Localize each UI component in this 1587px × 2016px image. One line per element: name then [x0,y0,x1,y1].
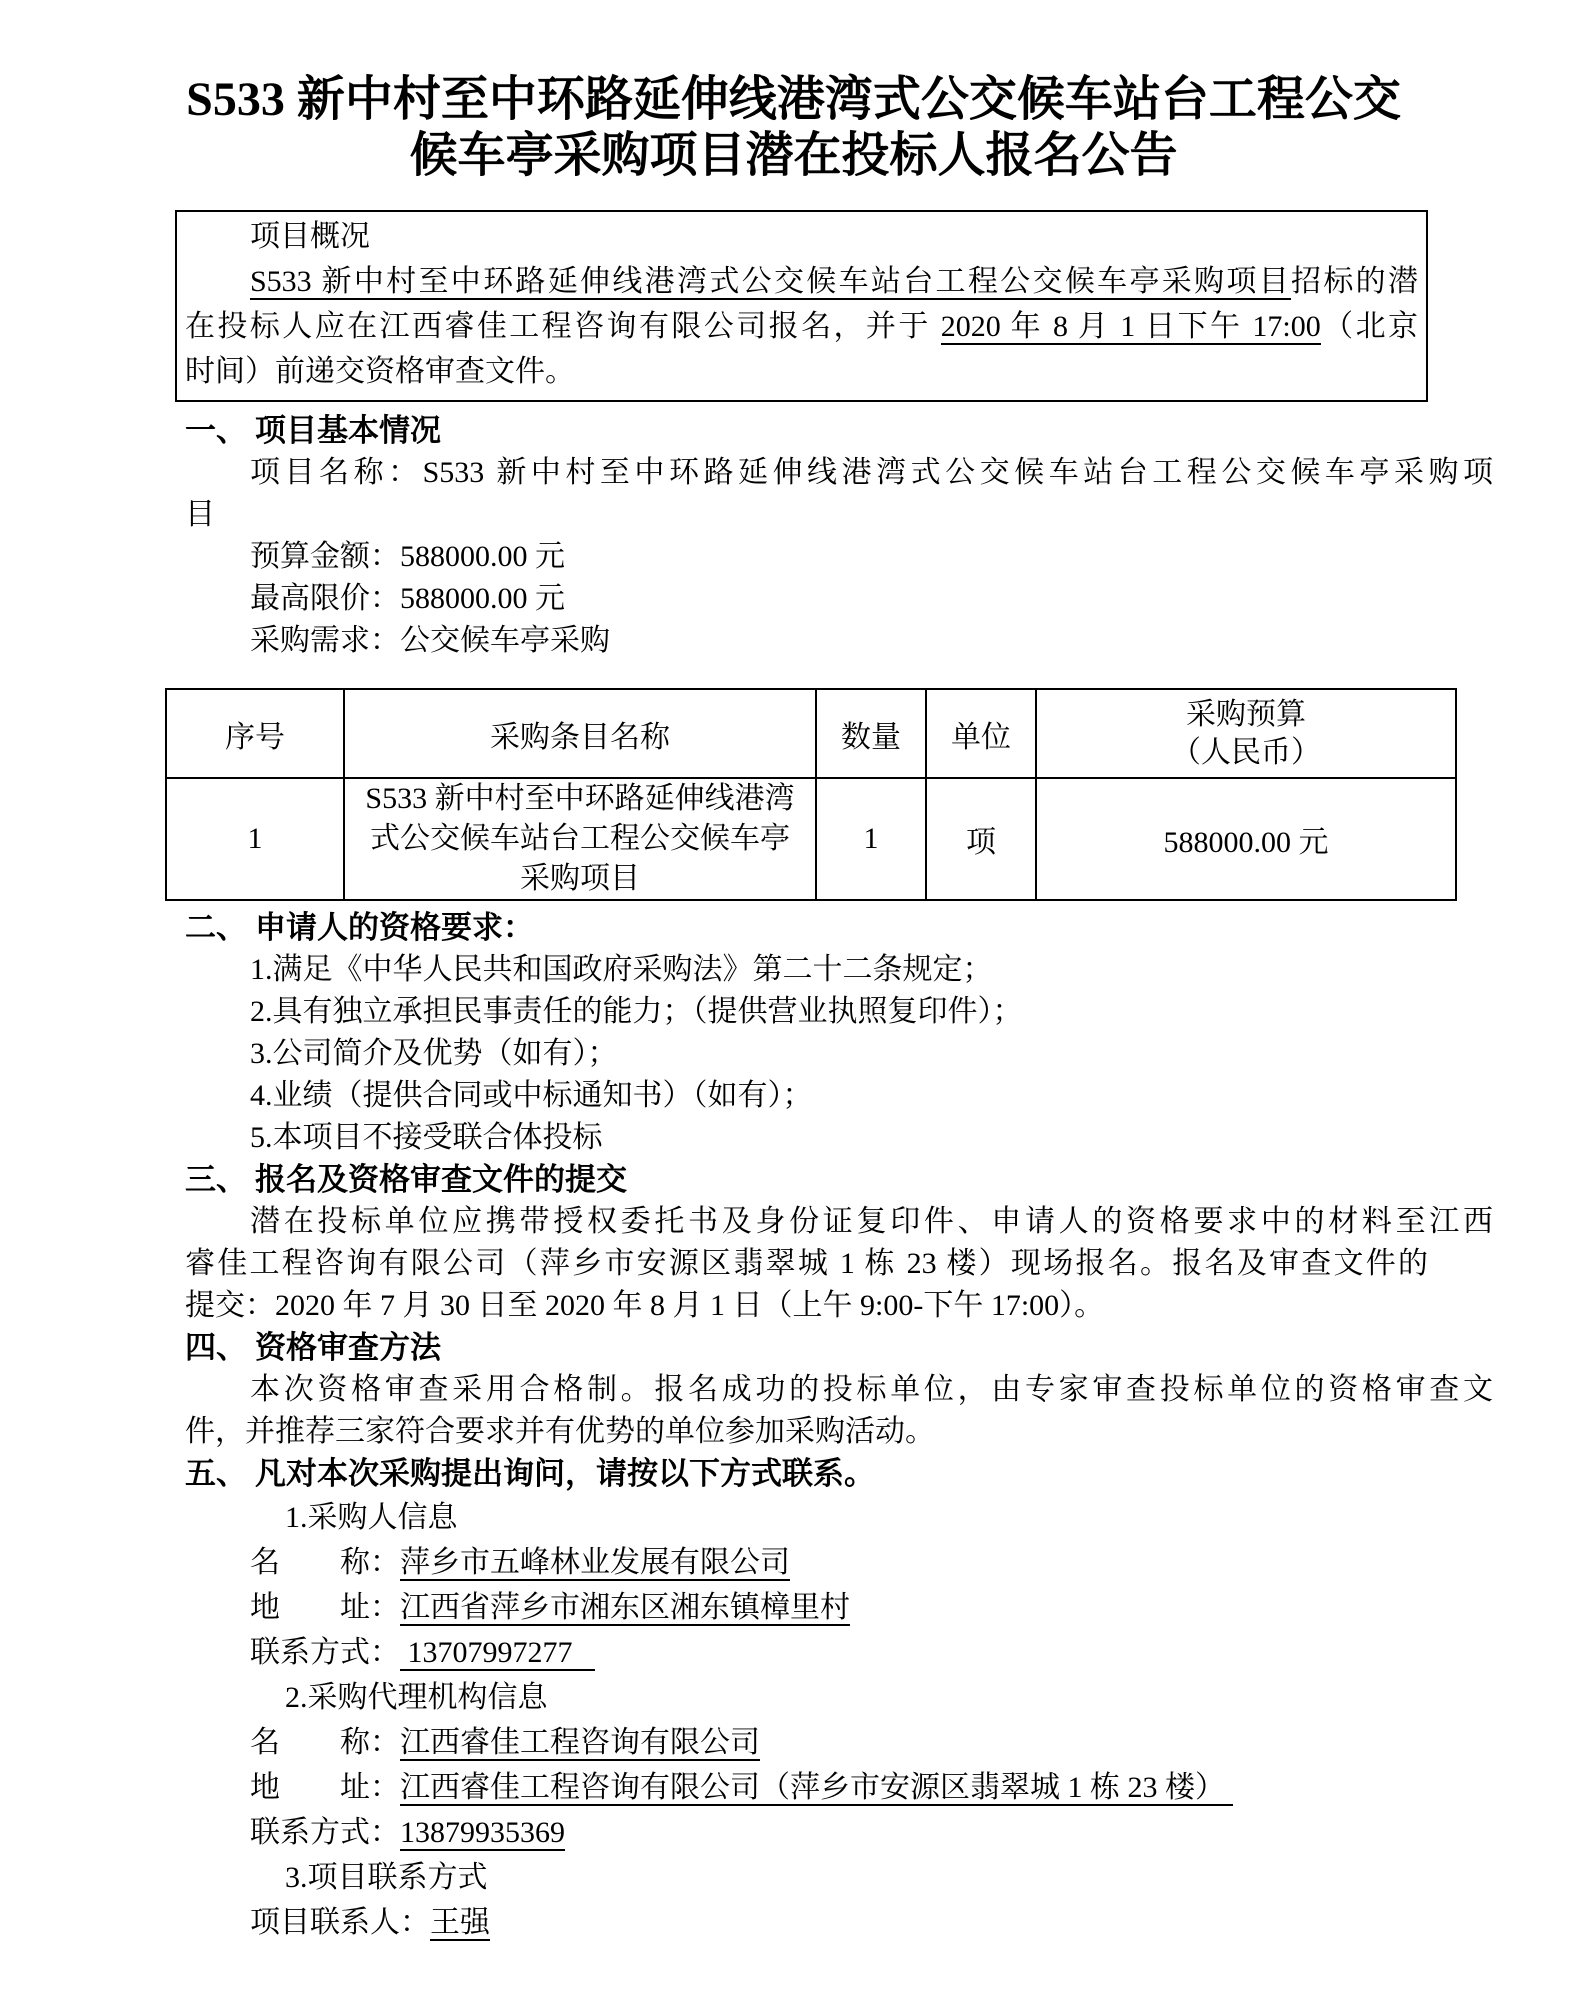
agent-phone-label: 联系方式： [250,1816,400,1849]
overview-line-deadline: 在投标人应在江西睿佳工程咨询有限公司报名，并于 2020 年 8 月 1 日下午… [185,304,1418,349]
section2-title: 申请人的资格要求： [255,910,534,945]
overview-deadline-underlined: 2020 年 8 月 1 日下午 17:00 [941,310,1321,345]
qualification-item: 2.具有独立承担民事责任的能力；（提供营业执照复印件）； [185,991,1493,1033]
buyer-phone-value: 13707997277 [400,1636,595,1671]
cell-budget: 588000.00 元 [1036,778,1456,900]
qualification-item: 1.满足《中华人民共和国政府采购法》第二十二条规定； [185,949,1493,991]
document-page: S533 新中村至中环路延伸线港湾式公交候车站台工程公交 候车亭采购项目潜在投标… [0,72,1587,1945]
section5-heading: 五、凡对本次采购提出询问，请按以下方式联系。 [185,1453,1455,1495]
overview-heading: 项目概况 [185,214,1418,259]
col-header-budget-line1: 采购预算 [1051,696,1441,734]
buyer-address-value: 江西省萍乡市湘东区湘东镇樟里村 [400,1591,850,1626]
section4-heading: 四、资格审查方法 [185,1327,1455,1369]
project-contact-name: 王强 [430,1906,490,1941]
section2-heading: 二、申请人的资格要求： [185,907,1455,949]
agent-phone-row: 联系方式：13879935369 [250,1810,1455,1855]
document-body: 项目概况 S533 新中村至中环路延伸线港湾式公交候车站台工程公交候车亭采购项目… [165,210,1455,1945]
max-price: 最高限价：588000.00 元 [185,578,1493,620]
table-row: 1 S533 新中村至中环路延伸线港湾式公交候车站台工程公交候车亭采购项目 1 … [166,778,1456,900]
procurement-demand: 采购需求：公交候车亭采购 [185,620,1493,662]
col-header-budget-line2: （人民币） [1051,734,1441,772]
col-header-qty: 数量 [816,689,926,778]
buyer-address-label: 地 址： [250,1591,400,1624]
buyer-name-value: 萍乡市五峰林业发展有限公司 [400,1546,790,1581]
overview-line-project: S533 新中村至中环路延伸线港湾式公交候车站台工程公交候车亭采购项目招标的潜 [185,259,1418,304]
agent-info-subtitle: 2.采购代理机构信息 [285,1675,1455,1720]
document-title: S533 新中村至中环路延伸线港湾式公交候车站台工程公交 候车亭采购项目潜在投标… [0,72,1587,184]
cell-no: 1 [166,778,344,900]
col-header-unit: 单位 [926,689,1036,778]
overview-deadline-post: （北京 [1321,310,1418,343]
overview-project-name-underlined: S533 新中村至中环路延伸线港湾式公交候车站台工程公交候车亭采购项目 [250,265,1291,300]
overview-line-end: 时间）前递交资格审查文件。 [185,349,1418,394]
qualification-item: 3.公司简介及优势（如有）； [185,1033,1493,1075]
section1-title: 项目基本情况 [255,413,441,448]
overview-line-project-rest: 招标的潜 [1291,265,1418,298]
cell-unit: 项 [926,778,1036,900]
section5-number: 五、 [185,1456,247,1491]
buyer-name-label: 名 称： [250,1546,400,1579]
buyer-phone-label: 联系方式： [250,1636,400,1669]
project-name-line1: 项目名称：S533 新中村至中环路延伸线港湾式公交候车站台工程公交候车亭采购项 [185,452,1493,494]
agent-name-label: 名 称： [250,1726,400,1759]
section5-title: 凡对本次采购提出询问，请按以下方式联系。 [255,1456,875,1491]
project-overview-box: 项目概况 S533 新中村至中环路延伸线港湾式公交候车站台工程公交候车亭采购项目… [175,210,1428,402]
buyer-phone-row: 联系方式： 13707997277 [250,1630,1455,1675]
section4-number: 四、 [185,1330,247,1365]
col-header-name: 采购条目名称 [344,689,816,778]
buyer-address-row: 地 址：江西省萍乡市湘东区湘东镇樟里村 [250,1585,1455,1630]
budget-amount: 预算金额：588000.00 元 [185,536,1493,578]
agent-phone-value: 13879935369 [400,1816,565,1851]
cell-item-name: S533 新中村至中环路延伸线港湾式公交候车站台工程公交候车亭采购项目 [344,778,816,900]
table-header-row: 序号 采购条目名称 数量 单位 采购预算（人民币） [166,689,1456,778]
section4-title: 资格审查方法 [255,1330,441,1365]
project-contact-row: 项目联系人：王强 [250,1900,1455,1945]
col-header-no: 序号 [166,689,344,778]
project-contact-subtitle: 3.项目联系方式 [285,1855,1455,1900]
review-method-line2: 件，并推荐三家符合要求并有优势的单位参加采购活动。 [185,1411,1428,1453]
procurement-items-table: 序号 采购条目名称 数量 单位 采购预算（人民币） 1 S533 新中村至中环路… [165,688,1457,901]
document-title-line2: 候车亭采购项目潜在投标人报名公告 [0,128,1587,184]
cell-qty: 1 [816,778,926,900]
qualification-item: 5.本项目不接受联合体投标 [185,1117,1493,1159]
section1-number: 一、 [185,413,247,448]
buyer-info-subtitle: 1.采购人信息 [285,1495,1455,1540]
project-name-line2: 目 [185,494,1428,536]
submission-line3: 提交：2020 年 7 月 30 日至 2020 年 8 月 1 日（上午 9:… [185,1285,1428,1327]
qualification-item: 4.业绩（提供合同或中标通知书）（如有）； [185,1075,1493,1117]
agent-name-row: 名 称：江西睿佳工程咨询有限公司 [250,1720,1455,1765]
review-method-line1: 本次资格审查采用合格制。报名成功的投标单位，由专家审查投标单位的资格审查文 [185,1369,1493,1411]
overview-deadline-pre: 在投标人应在江西睿佳工程咨询有限公司报名，并于 [185,310,941,343]
section3-heading: 三、报名及资格审查文件的提交 [185,1159,1455,1201]
agent-name-value: 江西睿佳工程咨询有限公司 [400,1726,760,1761]
section2-number: 二、 [185,910,247,945]
section1-heading: 一、项目基本情况 [185,410,1455,452]
agent-address-label: 地 址： [250,1771,400,1804]
section3-number: 三、 [185,1162,247,1197]
agent-address-value: 江西睿佳工程咨询有限公司（萍乡市安源区翡翠城 1 栋 23 楼） [400,1771,1233,1806]
section3-title: 报名及资格审查文件的提交 [255,1162,627,1197]
col-header-budget: 采购预算（人民币） [1036,689,1456,778]
submission-line2: 睿佳工程咨询有限公司（萍乡市安源区翡翠城 1 栋 23 楼）现场报名。报名及审查… [185,1243,1428,1285]
document-title-line1: S533 新中村至中环路延伸线港湾式公交候车站台工程公交 [0,72,1587,128]
submission-line1: 潜在投标单位应携带授权委托书及身份证复印件、申请人的资格要求中的材料至江西 [185,1201,1493,1243]
buyer-name-row: 名 称：萍乡市五峰林业发展有限公司 [250,1540,1455,1585]
project-contact-label: 项目联系人： [250,1906,430,1939]
agent-address-row: 地 址：江西睿佳工程咨询有限公司（萍乡市安源区翡翠城 1 栋 23 楼） [250,1765,1455,1810]
